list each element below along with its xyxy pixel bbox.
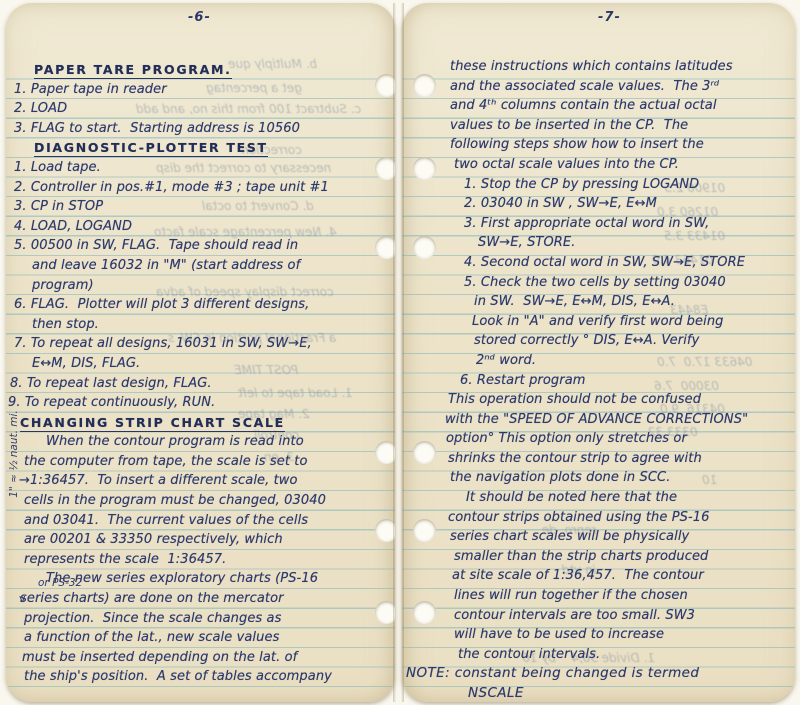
notebook-page-left: b. Multiply queget a percentagc. Subtrac…	[6, 3, 395, 702]
handwritten-line: The new series exploratory charts (PS-16	[46, 569, 395, 589]
handwritten-line: shrinks the contour strip to agree with	[448, 449, 795, 469]
handwritten-line: must be inserted depending on the lat. o…	[22, 648, 395, 668]
handwritten-line: Look in "A" and verify first word being	[472, 312, 795, 332]
notebook-scan: b. Multiply queget a percentagc. Subtrac…	[0, 0, 800, 705]
handwritten-line: in SW. SW→E, E↔M, DIS, E↔A.	[474, 292, 795, 312]
handwritten-line: two octal scale values into the CP.	[454, 155, 795, 175]
list-item-line: 6. Restart program	[460, 371, 795, 391]
handwritten-line: contour intervals are too small. SW3	[454, 606, 795, 626]
section-heading: DIAGNOSTIC-PLOTTER TEST	[34, 138, 395, 158]
list-item-line: 2. 03040 in SW , SW→E, E↔M	[464, 194, 795, 214]
handwritten-line: It should be noted here that the	[466, 488, 795, 508]
handwritten-line: program)	[32, 276, 395, 296]
handwritten-line: This operation should not be confused	[448, 390, 795, 410]
handwritten-line: cells in the program must be changed, 03…	[24, 491, 395, 511]
handwritten-line: E↔M, DIS, FLAG.	[32, 354, 395, 374]
page-number: -7-	[598, 10, 621, 26]
insertion-caret-icon: v	[19, 593, 26, 604]
handwritten-line: series chart scales will be physically	[450, 527, 795, 547]
list-item-line: 5. Check the two cells by setting 03040	[464, 273, 795, 293]
list-item-line: 7. To repeat all designs, 16031 in SW, S…	[14, 334, 395, 354]
handwritten-line: and 4ᵗʰ columns contain the actual octal	[450, 96, 795, 116]
notebook-page-right: 01900 2.501260 3.001433 3.501463 4.0E844…	[402, 3, 795, 702]
handwritten-line: NOTE: constant being changed is termed	[406, 664, 795, 684]
list-item-line: 4. Second octal word in SW, SW→E, STORE	[464, 253, 795, 273]
list-item-line: 3. CP in STOP	[14, 197, 395, 217]
handwritten-line: values to be inserted in the CP. The	[450, 116, 795, 136]
section-heading: CHANGING STRIP CHART SCALE	[20, 413, 395, 433]
handwritten-content: these instructions which contains latitu…	[402, 57, 795, 702]
handwritten-line: NSCALE	[468, 684, 795, 702]
handwritten-line: SW→E, STORE.	[478, 233, 795, 253]
section-heading: PAPER TARE PROGRAM.	[34, 60, 395, 80]
handwritten-line: at site scale of 1:36,457. The contour	[452, 566, 795, 586]
handwritten-line: the navigation plots done in SCC.	[450, 468, 795, 488]
list-item-line: 8. To repeat last design, FLAG.	[10, 374, 395, 394]
handwritten-line: When the contour program is read into	[46, 432, 395, 452]
handwritten-line: are 00201 & 33350 respectively, which	[24, 530, 395, 550]
list-item-line: 3. First appropriate octal word in SW,	[464, 214, 795, 234]
handwritten-line: →1:36457. To insert a different scale, t…	[19, 471, 395, 491]
margin-note-scale: 1" ≈ ½ naut. mi.	[8, 386, 20, 522]
list-item-line: 1. Paper tape in reader	[14, 80, 395, 100]
list-item-line: 1. Stop the CP by pressing LOGAND	[464, 175, 795, 195]
handwritten-line: represents the scale 1:36457.	[24, 550, 395, 570]
handwritten-line: contour strips obtained using the PS-16	[448, 508, 795, 528]
list-item-line: 3. FLAG to start. Starting address is 10…	[14, 119, 395, 139]
handwritten-line: with the "SPEED OF ADVANCE CORRECTIONS"	[445, 410, 795, 430]
handwritten-line: a function of the lat., new scale values	[24, 628, 395, 648]
handwritten-line: following steps show how to insert the	[450, 135, 795, 155]
handwritten-line: stored correctly ° DIS, E↔A. Verify	[474, 331, 795, 351]
handwritten-line: smaller than the strip charts produced	[454, 547, 795, 567]
handwritten-line: projection. Since the scale changes as	[24, 609, 395, 629]
page-number: -6-	[188, 10, 211, 26]
handwritten-line: then stop.	[32, 315, 395, 335]
list-item-line: 6. FLAG. Plotter will plot 3 different d…	[14, 295, 395, 315]
handwritten-line: these instructions which contains latitu…	[450, 57, 795, 77]
handwritten-line: 2ⁿᵈ word.	[476, 351, 795, 371]
handwritten-line: and leave 16032 in "M" (start address of	[32, 256, 395, 276]
list-item-line: 2. Controller in pos.#1, mode #3 ; tape …	[14, 178, 395, 198]
handwritten-line: the contour intervals.	[458, 645, 795, 665]
handwritten-line: lines will run together if the chosen	[454, 586, 795, 606]
list-item-line: 9. To repeat continuously, RUN.	[8, 393, 395, 413]
handwritten-line: the ship's position. A set of tables acc…	[24, 667, 395, 687]
handwritten-line: option° This option only stretches or	[446, 429, 795, 449]
list-item-line: 4. LOAD, LOGAND	[14, 217, 395, 237]
handwritten-line: and the associated scale values. The 3ʳᵈ	[450, 77, 795, 97]
handwritten-content: PAPER TARE PROGRAM.1. Paper tape in read…	[6, 60, 395, 687]
list-item-line: 5. 00500 in SW, FLAG. Tape should read i…	[14, 236, 395, 256]
handwritten-line: the computer from tape, the scale is set…	[24, 452, 395, 472]
list-item-line: 1. Load tape.	[14, 158, 395, 178]
handwritten-line: will have to be used to increase	[454, 625, 795, 645]
handwritten-line: and 03041. The current values of the cel…	[24, 511, 395, 531]
list-item-line: 2. LOAD	[14, 99, 395, 119]
insertion-note: or PS-32	[38, 578, 82, 589]
handwritten-line: series charts) are done on the mercator	[20, 589, 395, 609]
